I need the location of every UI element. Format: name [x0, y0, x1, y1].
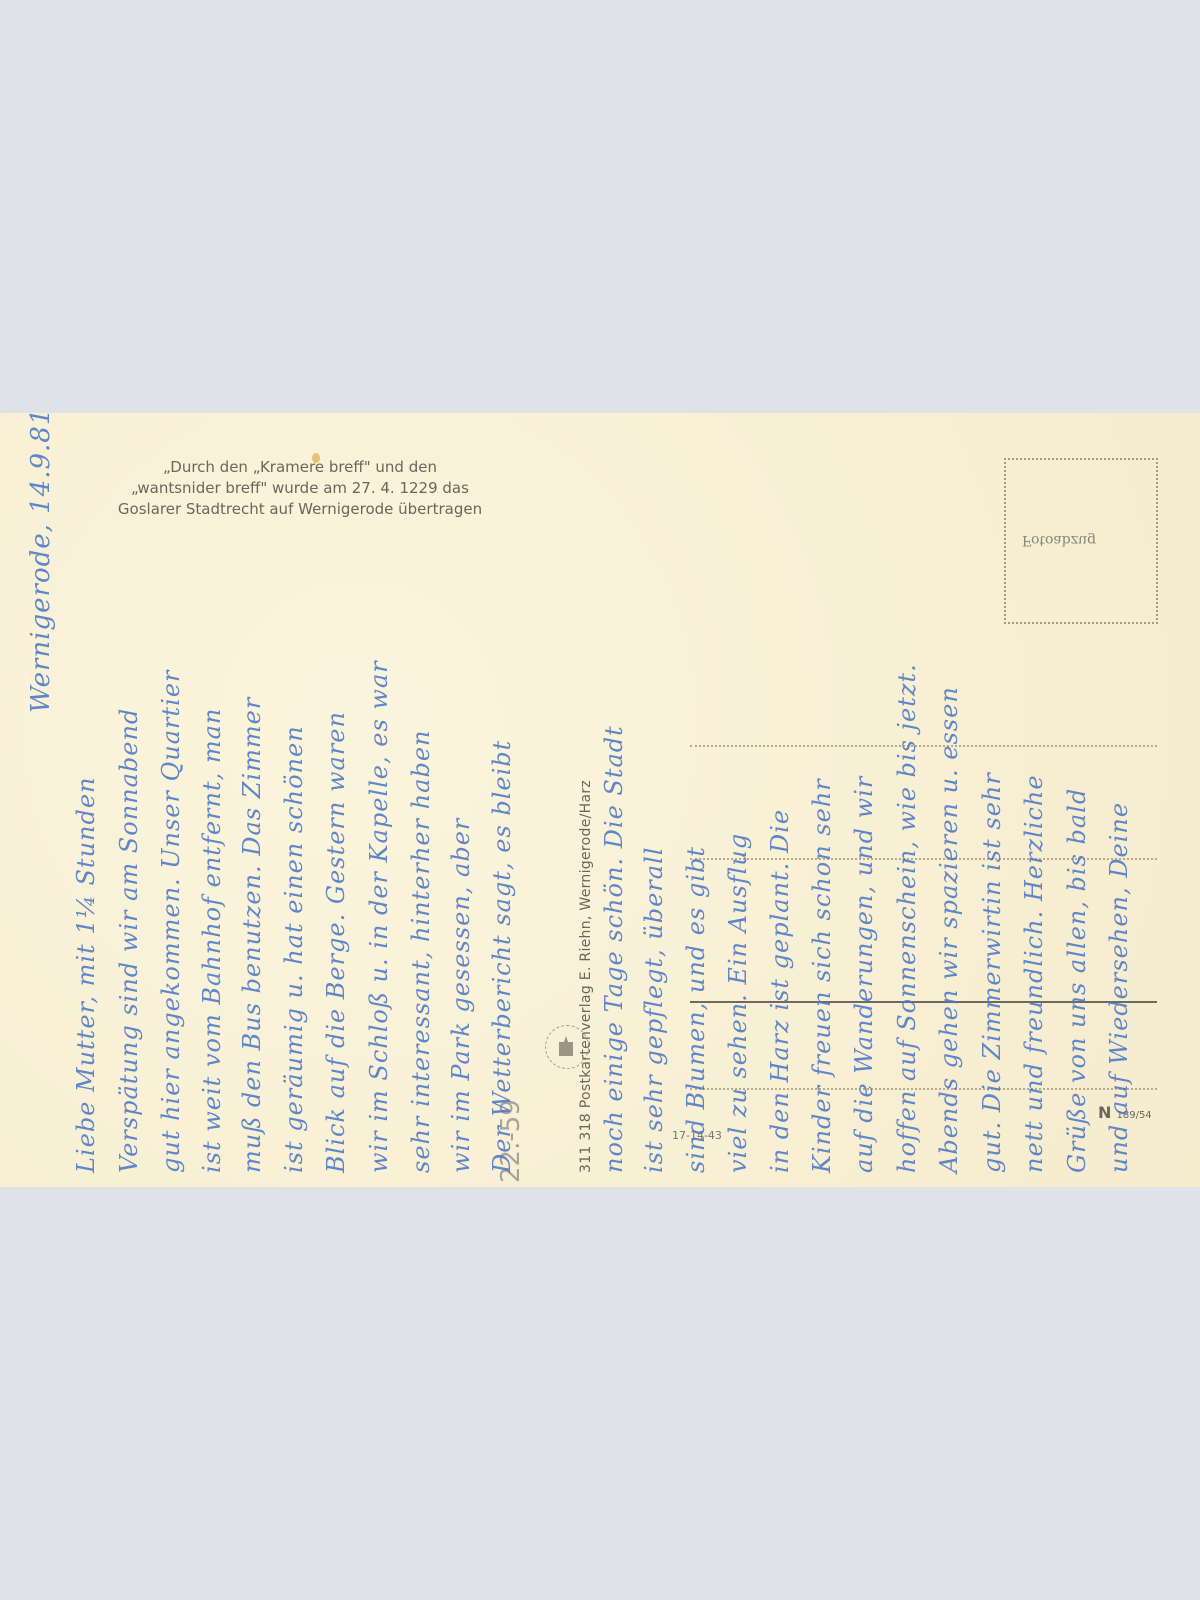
printed-caption: „Durch den „Kramere breff" und den „want…: [60, 457, 540, 520]
postcard-back: „Durch den „Kramere breff" und den „want…: [0, 413, 1200, 1187]
handwritten-line: hoffen auf Sonnenschein, wie bis jetzt.: [893, 663, 921, 1173]
handwritten-line: viel zu sehen. Ein Ausflug: [724, 833, 752, 1173]
handwritten-line: ist sehr gepflegt, überall: [640, 847, 668, 1173]
handwritten-line: sehr interessant, hinterher haben: [407, 730, 435, 1174]
handwritten-line: in den Harz ist geplant. Die: [766, 809, 794, 1173]
handwritten-line: sind Blumen, und es gibt: [682, 846, 710, 1173]
handwritten-line: auf die Wanderungen, und wir: [850, 776, 878, 1173]
handwritten-line: gut hier angekommen. Unser Quartier: [157, 669, 185, 1173]
handwritten-line: Verspätung sind wir am Sonnabend: [115, 708, 143, 1173]
handwritten-line: Abends gehen wir spazieren u. essen: [935, 686, 963, 1173]
handwritten-line: wir im Schloß u. in der Kapelle, es war: [365, 660, 393, 1173]
stamp-box: Fotoabzug: [1004, 458, 1158, 624]
handwritten-line: Der Wetterbericht sagt, es bleibt: [488, 740, 516, 1173]
caption-line-1: „Durch den „Kramere breff" und den: [60, 457, 540, 478]
caption-line-3: Goslarer Stadtrecht auf Wernigerode über…: [60, 499, 540, 520]
handwritten-line: wir im Park gesessen, aber: [447, 818, 475, 1173]
handwritten-line: noch einige Tage schön. Die Stadt: [600, 725, 628, 1173]
address-line-1: [690, 745, 1157, 747]
handwritten-line: Grüße von uns allen, bis bald: [1063, 788, 1091, 1173]
handwritten-line: Blick auf die Berge. Gestern waren: [322, 711, 350, 1173]
handwritten-line: gut. Die Zimmerwirtin ist sehr: [978, 772, 1006, 1173]
handwritten-date: Wernigerode, 14.9.81: [26, 413, 56, 713]
caption-line-2: „wantsnider breff" wurde am 27. 4. 1229 …: [60, 478, 540, 499]
publisher-imprint: 311 318 Postkartenverlag E. Riehn, Werni…: [578, 780, 594, 1173]
stamp-box-label: Fotoabzug: [1022, 532, 1096, 548]
handwritten-line: und auf Wiedersehen, Deine: [1105, 802, 1133, 1173]
handwritten-line: muß den Bus benutzen. Das Zimmer: [238, 697, 266, 1173]
handwritten-line: Liebe Mutter, mit 1¼ Stunden: [72, 776, 100, 1173]
handwritten-line: ist geräumig u. hat einen schönen: [280, 725, 308, 1173]
handwritten-line: nett und freundlich. Herzliche: [1020, 774, 1048, 1173]
handwritten-line: Kinder freuen sich schon sehr: [808, 778, 836, 1173]
handwritten-line: ist weit vom Bahnhof entfernt, man: [198, 708, 226, 1173]
